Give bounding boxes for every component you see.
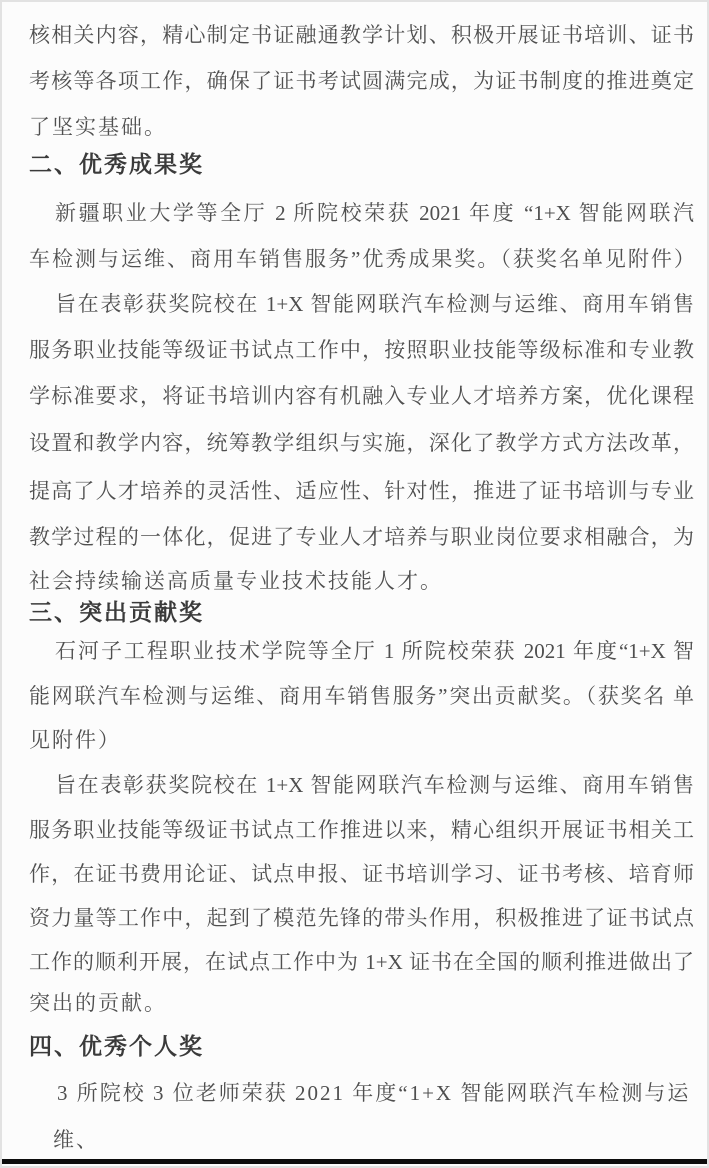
text-line: 考核等各项工作，确保了证书考试圆满完成，为证书制度的推进奠定 (29, 68, 694, 94)
text-line: 旨在表彰获奖院校在 1+X 智能网联汽车检测与运维、商用车销售 (29, 291, 694, 317)
text-line: 学标准要求，将证书培训内容有机融入专业人才培养方案，优化课程 (29, 383, 694, 409)
text-line: 突出的贡献。 (29, 990, 694, 1016)
section-heading: 三、突出贡献奖 (29, 598, 694, 626)
text-line: 新疆职业大学等全厅 2 所院校荣获 2021 年度 “1+X 智能网联汽 (29, 200, 694, 226)
text-line: 旨在表彰获奖院校在 1+X 智能网联汽车检测与运维、商用车销售 (29, 772, 694, 798)
text-line: 见附件） (29, 727, 694, 753)
text-line: 资力量等工作中，起到了模范先锋的带头作用，积极推进了证书试点 (29, 905, 694, 931)
document-page: 核相关内容，精心制定书证融通教学计划、积极开展证书培训、证书考核等各项工作，确保… (0, 0, 709, 1168)
text-line: 服务职业技能等级证书试点工作推进以来，精心组织开展证书相关工 (29, 817, 694, 843)
text-line: 作，在证书费用论证、试点申报、证书培训学习、证书考核、培育师 (29, 861, 694, 887)
page-bottom-divider (2, 1159, 709, 1164)
text-line: 工作的顺利开展，在试点工作中为 1+X 证书在全国的顺利推进做出了 (29, 949, 694, 975)
text-line: 社会持续输送高质量专业技术技能人才。 (29, 568, 694, 594)
text-line: 提高了人才培养的灵活性、适应性、针对性，推进了证书培训与专业 (29, 478, 694, 504)
text-line: 能网联汽车检测与运维、商用车销售服务”突出贡献奖。（获奖名 单 (29, 683, 694, 709)
text-line: 服务职业技能等级证书试点工作中，按照职业技能等级标准和专业教 (29, 337, 694, 363)
section-heading: 四、优秀个人奖 (29, 1032, 694, 1060)
text-line: 教学过程的一体化，促进了专业人才培养与职业岗位要求相融合，为 (29, 524, 694, 550)
document-body: 核相关内容，精心制定书证融通教学计划、积极开展证书培训、证书考核等各项工作，确保… (2, 2, 707, 1166)
text-line: 维、 (29, 1127, 694, 1153)
text-line: 了坚实基础。 (29, 114, 694, 140)
text-line: 核相关内容，精心制定书证融通教学计划、积极开展证书培训、证书 (29, 22, 694, 48)
text-line: 3 所院校 3 位老师荣获 2021 年度“1+X 智能网联汽车检测与运 (29, 1080, 694, 1106)
section-heading: 二、优秀成果奖 (29, 150, 694, 178)
text-line: 设置和教学内容，统筹教学组织与实施，深化了教学方式方法改革， (29, 430, 694, 456)
text-line: 石河子工程职业技术学院等全厅 1 所院校荣获 2021 年度“1+X 智 (29, 638, 694, 664)
text-line: 车检测与运维、商用车销售服务”优秀成果奖。（获奖名单见附件） (29, 246, 694, 272)
